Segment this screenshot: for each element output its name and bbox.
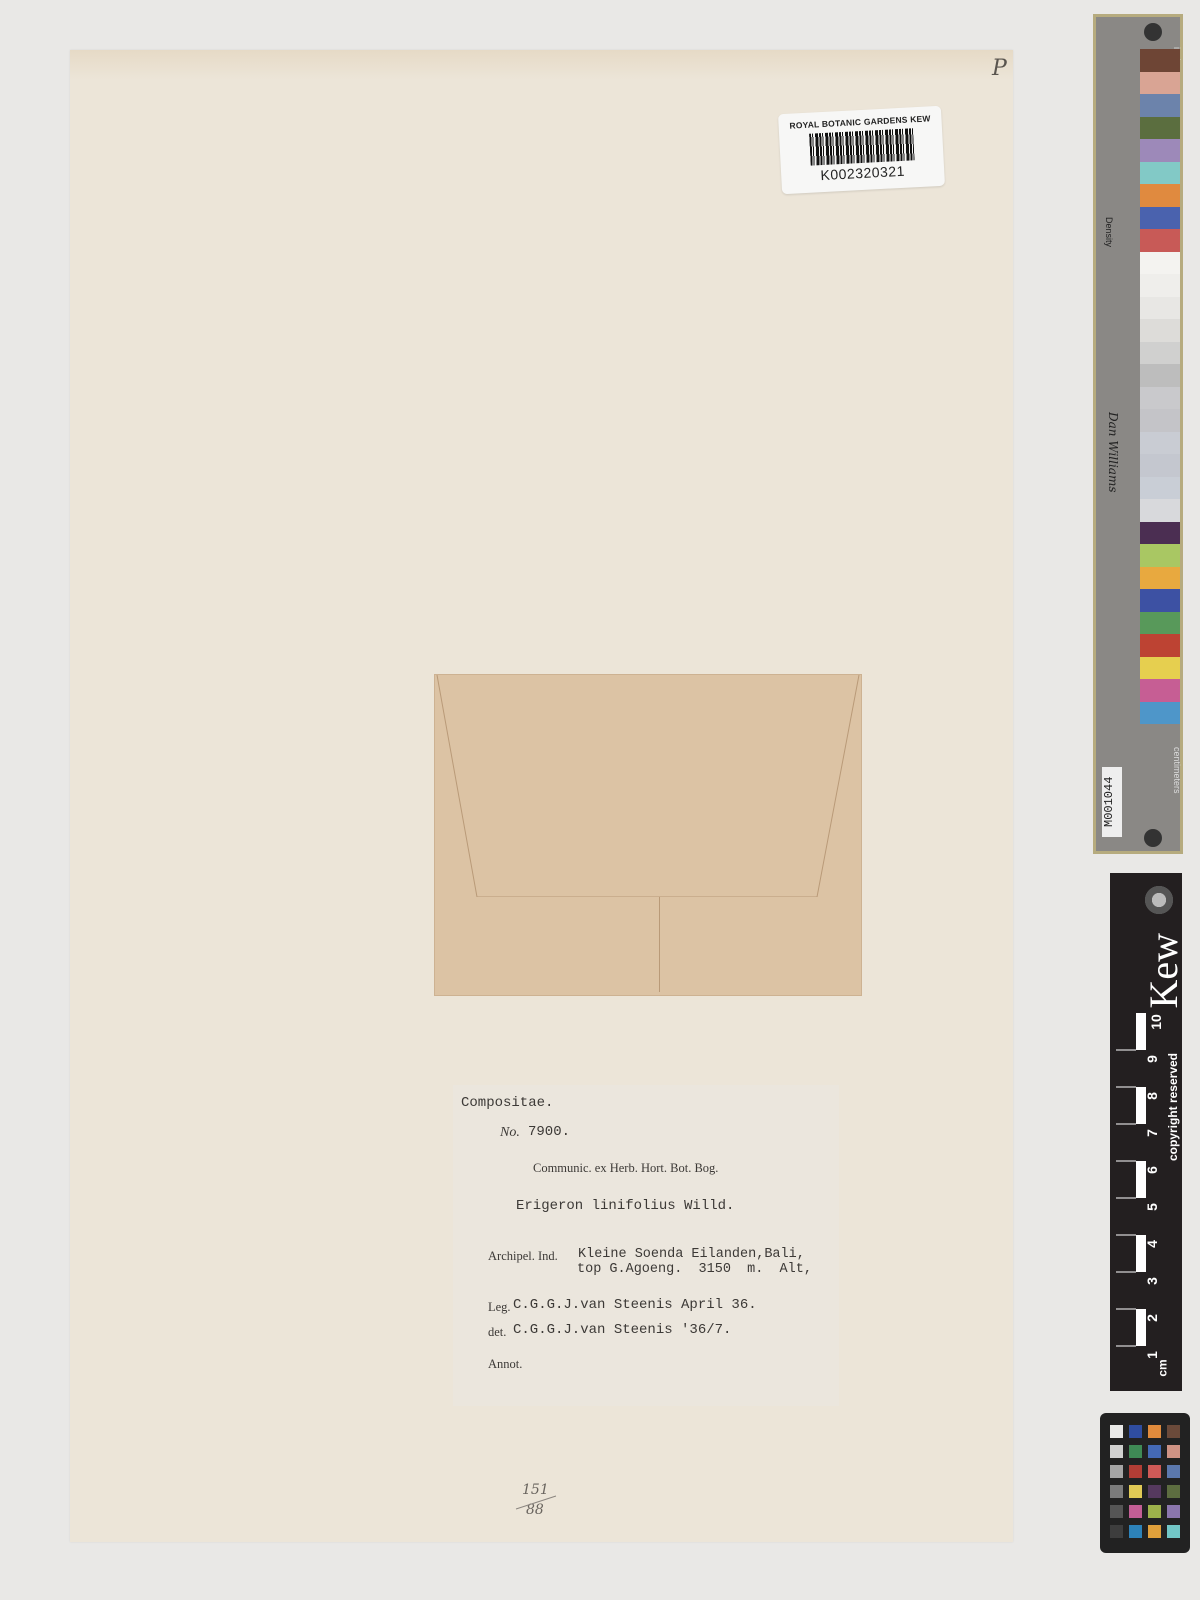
bar-swatch bbox=[1140, 477, 1180, 500]
color-checker-swatch bbox=[1110, 1505, 1123, 1518]
bar-brand: Dan Williams bbox=[1106, 412, 1120, 492]
color-checker-swatch bbox=[1129, 1465, 1142, 1478]
barcode-organization: ROYAL BOTANIC GARDENS KEW bbox=[778, 113, 941, 132]
bar-swatch bbox=[1140, 702, 1180, 725]
kew-tick-label: 5 bbox=[1144, 1203, 1160, 1211]
bar-swatch bbox=[1140, 94, 1180, 117]
cm-label: cm bbox=[1156, 1359, 1170, 1376]
kew-tick-label: 2 bbox=[1144, 1314, 1160, 1322]
label-leg: C.G.G.J.van Steenis April 36. bbox=[513, 1297, 757, 1313]
bar-swatch bbox=[1140, 274, 1180, 297]
bar-hole-top bbox=[1144, 23, 1162, 41]
bar-swatch bbox=[1140, 387, 1180, 410]
color-checker-swatch bbox=[1148, 1485, 1161, 1498]
color-checker-swatch bbox=[1129, 1505, 1142, 1518]
bar-id: M001044 bbox=[1102, 767, 1122, 837]
label-number: 7900. bbox=[528, 1124, 570, 1140]
color-checker-swatch bbox=[1167, 1485, 1180, 1498]
kew-crest-icon bbox=[1143, 883, 1175, 917]
bar-swatch bbox=[1140, 432, 1180, 455]
color-checker-swatch bbox=[1167, 1525, 1180, 1538]
color-checker-swatch bbox=[1110, 1485, 1123, 1498]
color-checker-swatch bbox=[1129, 1525, 1142, 1538]
color-checker-swatch bbox=[1148, 1525, 1161, 1538]
color-checker-swatch bbox=[1148, 1445, 1161, 1458]
bar-swatch bbox=[1140, 342, 1180, 365]
bar-swatch bbox=[1140, 184, 1180, 207]
centimeters-label: centimeters bbox=[1168, 747, 1182, 794]
barcode-label: ROYAL BOTANIC GARDENS KEW K002320321 bbox=[778, 106, 945, 194]
bar-swatches bbox=[1140, 49, 1180, 724]
kew-tick-label: 10 bbox=[1148, 1014, 1164, 1030]
label-locality-line1: Kleine Soenda Eilanden,Bali, bbox=[578, 1247, 805, 1262]
specimen-label: Compositae. No. 7900. Communic. ex Herb.… bbox=[453, 1085, 839, 1406]
bar-swatch bbox=[1140, 117, 1180, 140]
copyright-text: copyright reserved bbox=[1166, 1053, 1180, 1161]
kew-logo: Kew bbox=[1140, 933, 1187, 1009]
color-checker-grid bbox=[1110, 1425, 1180, 1538]
color-checker-swatch bbox=[1167, 1445, 1180, 1458]
bar-swatch bbox=[1140, 567, 1180, 590]
kew-tick-label: 8 bbox=[1144, 1092, 1160, 1100]
color-checker-swatch bbox=[1167, 1505, 1180, 1518]
color-checker-swatch bbox=[1148, 1425, 1161, 1438]
kew-tick-label: 7 bbox=[1144, 1129, 1160, 1137]
envelope-seam bbox=[659, 897, 660, 992]
bar-swatch bbox=[1140, 229, 1180, 252]
bar-swatch bbox=[1140, 49, 1180, 72]
label-annot: Annot. bbox=[488, 1357, 522, 1372]
label-number-prefix: No. bbox=[500, 1125, 520, 1141]
bar-swatch bbox=[1140, 522, 1180, 545]
fragment-envelope bbox=[434, 674, 862, 996]
color-checker-swatch bbox=[1129, 1445, 1142, 1458]
color-checker-swatch bbox=[1148, 1465, 1161, 1478]
kew-tick-label: 4 bbox=[1144, 1240, 1160, 1248]
label-communic: Communic. ex Herb. Hort. Bot. Bog. bbox=[533, 1161, 718, 1176]
color-checker-swatch bbox=[1167, 1465, 1180, 1478]
bar-swatch bbox=[1140, 207, 1180, 230]
envelope-flap-lines bbox=[435, 675, 861, 897]
label-leg-prefix: Leg. bbox=[488, 1300, 511, 1315]
kew-scale-bar: Kew copyright reserved 12345678910 cm bbox=[1110, 873, 1182, 1391]
bar-swatch bbox=[1140, 454, 1180, 477]
bar-swatch bbox=[1140, 634, 1180, 657]
kew-tick-label: 9 bbox=[1144, 1055, 1160, 1063]
bar-swatch bbox=[1140, 499, 1180, 522]
cm-ruler bbox=[1116, 1013, 1146, 1383]
color-checker-swatch bbox=[1167, 1425, 1180, 1438]
bar-swatch bbox=[1140, 72, 1180, 95]
bar-swatch bbox=[1140, 657, 1180, 680]
bar-swatch bbox=[1140, 544, 1180, 567]
label-det-prefix: det. bbox=[488, 1325, 506, 1340]
bar-swatch bbox=[1140, 409, 1180, 432]
color-checker-swatch bbox=[1129, 1485, 1142, 1498]
kew-tick-label: 3 bbox=[1144, 1277, 1160, 1285]
color-checker-card bbox=[1100, 1413, 1190, 1553]
bar-swatch bbox=[1140, 589, 1180, 612]
bar-swatch bbox=[1140, 612, 1180, 635]
label-taxon: Erigeron linifolius Willd. bbox=[516, 1198, 734, 1214]
label-family: Compositae. bbox=[461, 1095, 553, 1111]
bar-swatch bbox=[1140, 679, 1180, 702]
corner-annotation: P bbox=[992, 56, 1007, 81]
kew-tick-label: 6 bbox=[1144, 1166, 1160, 1174]
density-label: Density bbox=[1104, 217, 1114, 247]
color-checker-swatch bbox=[1129, 1425, 1142, 1438]
bar-swatch bbox=[1140, 252, 1180, 275]
color-checker-swatch bbox=[1110, 1445, 1123, 1458]
bar-swatch bbox=[1140, 162, 1180, 185]
bar-swatch bbox=[1140, 297, 1180, 320]
bar-swatch bbox=[1140, 139, 1180, 162]
color-checker-swatch bbox=[1110, 1465, 1123, 1478]
bar-hole-bottom bbox=[1144, 829, 1162, 847]
color-calibration-bar: Density Dan Williams inches centimeters … bbox=[1093, 14, 1183, 854]
bar-swatch bbox=[1140, 319, 1180, 342]
color-checker-swatch bbox=[1148, 1505, 1161, 1518]
barcode-icon bbox=[809, 128, 915, 165]
label-locality-line2: top G.Agoeng. 3150 m. Alt, bbox=[577, 1262, 812, 1277]
color-checker-swatch bbox=[1110, 1425, 1123, 1438]
label-det: C.G.G.J.van Steenis '36/7. bbox=[513, 1322, 731, 1338]
color-checker-swatch bbox=[1110, 1525, 1123, 1538]
barcode-number: K002320321 bbox=[781, 161, 945, 186]
bar-swatch bbox=[1140, 364, 1180, 387]
kew-tick-label: 1 bbox=[1144, 1351, 1160, 1359]
handwritten-numerator: 151 bbox=[522, 1482, 549, 1498]
label-locality-prefix: Archipel. Ind. bbox=[488, 1249, 558, 1264]
